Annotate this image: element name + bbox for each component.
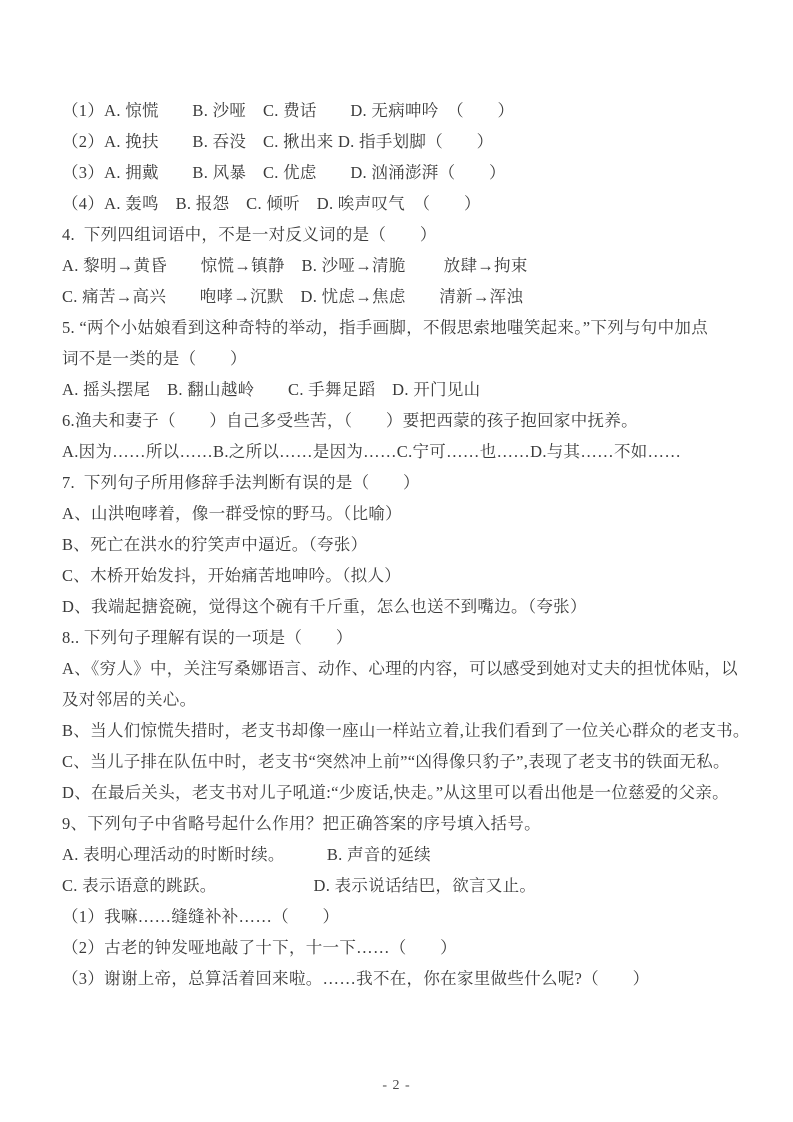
question-4-options-cd: C. 痛苦→高兴 咆哮→沉默 D. 忧虑→焦虑 清新→浑浊: [62, 281, 763, 312]
question-9-options-ab: A. 表明心理活动的时断时续。 B. 声音的延续: [62, 839, 763, 870]
question-5-stem-line-2: 词不是一类的是（ ）: [62, 343, 763, 374]
question-6-stem: 6.渔夫和妻子（ ）自己多受些苦，（ ）要把西蒙的孩子抱回家中抚养。: [62, 405, 763, 436]
question-7-option-c: C、木桥开始发抖，开始痛苦地呻吟。（拟人）: [62, 560, 763, 591]
sub-item-3: （3）A. 拥戴 B. 风暴 C. 优虑 D. 汹涌澎湃（ ）: [62, 157, 763, 188]
question-9-sub-1: （1）我嘛……缝缝补补……（ ）: [62, 901, 763, 932]
question-8-option-b: B、当人们惊慌失措时，老支书却像一座山一样站立着,让我们看到了一位关心群众的老支…: [62, 715, 763, 746]
sub-item-4: （4）A. 轰鸣 B. 报怨 C. 倾听 D. 唉声叹气 （ ）: [62, 188, 763, 219]
question-9-options-cd: C. 表示语意的跳跃。 D. 表示说话结巴，欲言又止。: [62, 870, 763, 901]
question-8-option-a-2: 及对邻居的关心。: [62, 684, 763, 715]
question-8-option-d: D、在最后关头，老支书对儿子吼道:“少废话,快走。”从这里可以看出他是一位慈爱的…: [62, 777, 763, 808]
question-8-option-c: C、当儿子排在队伍中时，老支书“突然冲上前”“凶得像只豹子”,表现了老支书的铁面…: [62, 746, 763, 777]
sub-item-1: （1）A. 惊慌 B. 沙哑 C. 费话 D. 无病呻吟 （ ）: [62, 95, 763, 126]
question-9-sub-2: （2）古老的钟发哑地敲了十下，十一下……（ ）: [62, 932, 763, 963]
question-7-option-a: A、山洪咆哮着，像一群受惊的野马。（比喻）: [62, 498, 763, 529]
question-7-option-b: B、死亡在洪水的狞笑声中逼近。（夸张）: [62, 529, 763, 560]
page-number: - 2 -: [0, 1078, 793, 1094]
worksheet-page: （1）A. 惊慌 B. 沙哑 C. 费话 D. 无病呻吟 （ ） （2）A. 挽…: [0, 0, 793, 1122]
question-7-option-d: D、我端起搪瓷碗，觉得这个碗有千斤重，怎么也送不到嘴边。（夸张）: [62, 591, 763, 622]
sub-item-2: （2）A. 挽扶 B. 吞没 C. 揪出来 D. 指手划脚（ ）: [62, 126, 763, 157]
question-8-stem: 8.. 下列句子理解有误的一项是（ ）: [62, 622, 763, 653]
question-6-options: A.因为……所以……B.之所以……是因为……C.宁可……也……D.与其……不如……: [62, 436, 763, 467]
question-9-sub-3: （3）谢谢上帝，总算活着回来啦。……我不在，你在家里做些什么呢?（ ）: [62, 963, 763, 994]
question-5-stem-line-1: 5. “两个小姑娘看到这种奇特的举动，指手画脚，不假思索地嗤笑起来。”下列与句中…: [62, 312, 763, 343]
question-9-stem: 9、下列句子中省略号起什么作用？把正确答案的序号填入括号。: [62, 808, 763, 839]
question-4-options-ab: A. 黎明→黄昏 惊慌→镇静 B. 沙哑→清脆 放肆→拘束: [62, 250, 763, 281]
question-7-stem: 7. 下列句子所用修辞手法判断有误的是（ ）: [62, 467, 763, 498]
question-4-stem: 4. 下列四组词语中，不是一对反义词的是（ ）: [62, 219, 763, 250]
question-8-option-a-1: A、《穷人》中，关注写桑娜语言、动作、心理的内容，可以感受到她对丈夫的担忧体贴，…: [62, 653, 763, 684]
question-5-options: A. 摇头摆尾 B. 翻山越岭 C. 手舞足蹈 D. 开门见山: [62, 374, 763, 405]
worksheet-content: （1）A. 惊慌 B. 沙哑 C. 费话 D. 无病呻吟 （ ） （2）A. 挽…: [62, 95, 763, 994]
